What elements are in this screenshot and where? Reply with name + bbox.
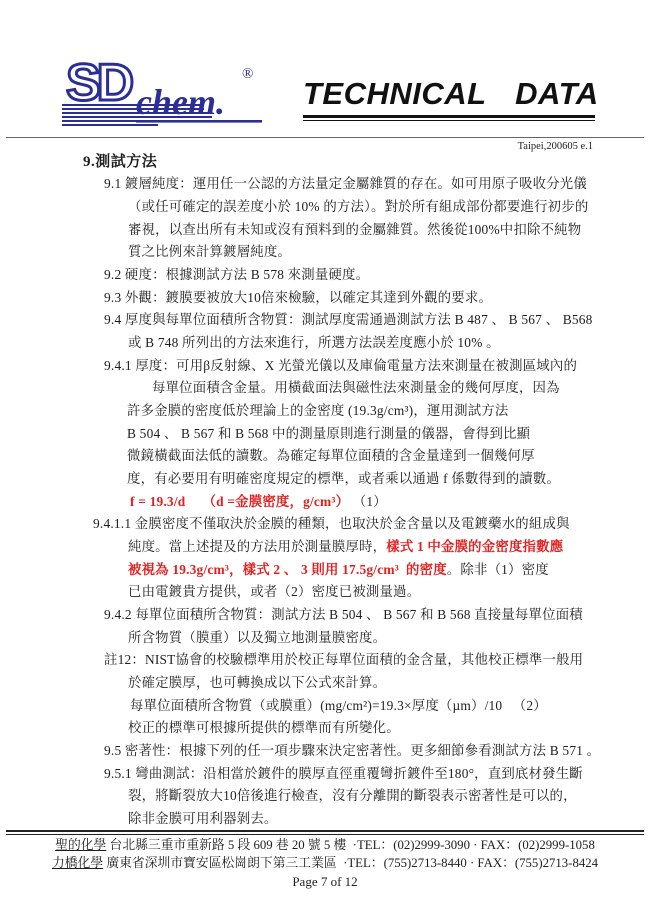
doc-text-segment: 微鏡橫截面法低的讀數。為確定每單位面積的含金量達到一個幾何厚 bbox=[127, 445, 535, 464]
doc-line: 度，有必要用有明確密度規定的標準，或者乘以通過 f 係數得到的讀數。 bbox=[0, 466, 650, 489]
doc-text-segment: 被視為 19.3g/cm³，樣式 2 、 3 則用 17.5g/cm³ 的密度 bbox=[128, 559, 447, 578]
footer-text-segment: 台北縣三重市重新路 5 段 609 巷 20 號 5 樓 ·TEL：(02)29… bbox=[106, 838, 595, 852]
doc-line: 被視為 19.3g/cm³，樣式 2 、 3 則用 17.5g/cm³ 的密度。… bbox=[0, 557, 650, 580]
header-rule bbox=[6, 137, 644, 138]
technical-data-title-block: TECHNICAL DATA bbox=[303, 76, 595, 121]
doc-text-segment: B 504 、 B 567 和 B 568 中的測量原則進行測量的儀器，會得到比… bbox=[127, 423, 530, 442]
doc-text-segment: 審視，以查出所有未知或沒有預料到的金屬雜質。然後從100%中扣除不純物 bbox=[128, 219, 581, 238]
page-title: TECHNICAL DATA bbox=[303, 76, 595, 112]
doc-text-segment: 9.4.2 每單位面積所含物質：測試方法 B 504 、 B 567 和 B 5… bbox=[104, 604, 583, 623]
doc-line: 除非金膜可用利器剝去。 bbox=[0, 806, 650, 829]
title-double-underline bbox=[303, 115, 595, 121]
doc-text-segment: 9.1 鍍層純度：運用任一公認的方法量定金屬雜質的存在。如可用原子吸收分光儀 bbox=[104, 173, 587, 192]
doc-text-segment: 9.5.1 彎曲測試：沿相當於鍍件的膜厚直徑重覆彎折鍍件至180°，直到底材發生… bbox=[104, 763, 583, 782]
doc-line: 裂，將斷裂放大10倍後進行檢查，沒有分離開的斷裂表示密著性是可以的， bbox=[0, 783, 650, 806]
doc-text-segment: 除非金膜可用利器剝去。 bbox=[128, 808, 278, 827]
footer-text-segment: 廣東省深圳市寶安區松崗朗下第三工業區 ·TEL：(755)2713-8440 ·… bbox=[103, 856, 598, 870]
doc-text-segment: 9.4 厚度與每單位面積所含物質：測試厚度需通過測試方法 B 487 、 B 5… bbox=[104, 309, 593, 328]
doc-line: 註12：NIST協會的校驗標準用於校正每單位面積的金含量，其他校正標準一般用 bbox=[0, 647, 650, 670]
doc-line: 每單位面積所含物質（或膜重）(mg/cm²)=19.3×厚度（µm）/10 （2… bbox=[0, 693, 650, 716]
doc-line: B 504 、 B 567 和 B 568 中的測量原則進行測量的儀器，會得到比… bbox=[0, 421, 650, 444]
doc-line: 於確定膜厚，也可轉換成以下公式來計算。 bbox=[0, 670, 650, 693]
doc-text-segment: 。除非（1）密度 bbox=[447, 559, 549, 578]
doc-line: 或 B 748 所列出的方法來進行，所選方法誤差度應小於 10% 。 bbox=[0, 330, 650, 353]
doc-line: （或任可確定的誤差度小於 10% 的方法）。對於所有組成部份都要進行初步的 bbox=[0, 194, 650, 217]
registered-trademark-icon: ® bbox=[242, 66, 253, 82]
doc-text-segment: 9.測試方法 bbox=[83, 150, 157, 171]
doc-line: 9.5.1 彎曲測試：沿相當於鍍件的膜厚直徑重覆彎折鍍件至180°，直到底材發生… bbox=[0, 761, 650, 784]
doc-line: 9.測試方法 bbox=[0, 149, 650, 172]
doc-text-segment: 9.5 密著性：根據下列的任一項步驟來決定密著性。更多細節參看測試方法 B 57… bbox=[104, 740, 600, 759]
doc-line: 9.2 硬度：根據測試方法 B 578 來測量硬度。 bbox=[0, 262, 650, 285]
doc-line: 質之比例來計算鍍層純度。 bbox=[0, 240, 650, 263]
doc-line: 純度。當上述提及的方法用於測量膜厚時，樣式 1 中金膜的金密度指數應 bbox=[0, 534, 650, 557]
footer: 聖的化學 台北縣三重市重新路 5 段 609 巷 20 號 5 樓 ·TEL：(… bbox=[0, 836, 650, 891]
doc-text-segment: 樣式 1 中金膜的金密度指數應 bbox=[386, 536, 563, 555]
doc-line: 9.4.2 每單位面積所含物質：測試方法 B 504 、 B 567 和 B 5… bbox=[0, 602, 650, 625]
doc-text-segment: 純度。當上述提及的方法用於測量膜厚時， bbox=[128, 536, 386, 555]
doc-line: 許多金膜的密度低於理論上的金密度 (19.3g/cm³)，運用測試方法 bbox=[0, 398, 650, 421]
doc-line: 每單位面積含金量。用橫截面法與磁性法來測量金的幾何厚度，因為 bbox=[0, 376, 650, 399]
doc-text-segment: 或 B 748 所列出的方法來進行，所選方法誤差度應小於 10% 。 bbox=[128, 332, 500, 351]
doc-text-segment: 所含物質（膜重）以及獨立地測量膜密度。 bbox=[128, 627, 386, 646]
doc-text-segment: 每單位面積含金量。用橫截面法與磁性法來測量金的幾何厚度，因為 bbox=[152, 377, 560, 396]
doc-text-segment: 每單位面積所含物質（或膜重）(mg/cm²)=19.3×厚度（µm）/10 （2… bbox=[130, 695, 547, 714]
doc-line: 9.4 厚度與每單位面積所含物質：測試厚度需通過測試方法 B 487 、 B 5… bbox=[0, 308, 650, 331]
footer-text-segment: 聖的化學 bbox=[55, 838, 106, 852]
doc-text-segment: 9.4.1.1 金膜密度不僅取決於金膜的種類，也取決於金含量以及電鍍藥水的組成與 bbox=[93, 513, 570, 532]
doc-text-segment: （1） bbox=[349, 491, 387, 510]
sdchem-logo-graphic: SD chem. ® bbox=[60, 50, 275, 132]
footer-double-rule bbox=[6, 830, 644, 835]
doc-text-segment: 質之比例來計算鍍層純度。 bbox=[128, 241, 291, 260]
document-body: 9.測試方法9.1 鍍層純度：運用任一公認的方法量定金屬雜質的存在。如可用原子吸… bbox=[0, 149, 650, 829]
logo-chem-text: chem. bbox=[136, 82, 225, 122]
doc-text-segment: 9.2 硬度：根據測試方法 B 578 來測量硬度。 bbox=[104, 264, 369, 283]
doc-line: 9.1 鍍層純度：運用任一公認的方法量定金屬雜質的存在。如可用原子吸收分光儀 bbox=[0, 172, 650, 195]
doc-text-segment: 已由電鍍貴方提供，或者（2）密度已被測量過。 bbox=[128, 581, 420, 600]
logo-underline bbox=[136, 120, 262, 123]
footer-address-lines: 聖的化學 台北縣三重市重新路 5 段 609 巷 20 號 5 樓 ·TEL：(… bbox=[0, 836, 650, 872]
doc-text-segment: f = 19.3/d （d =金膜密度，g/cm³） bbox=[130, 491, 349, 510]
doc-text-segment: 於確定膜厚，也可轉換成以下公式來計算。 bbox=[128, 672, 386, 691]
doc-text-segment: 裂，將斷裂放大10倍後進行檢查，沒有分離開的斷裂表示密著性是可以的， bbox=[128, 785, 577, 804]
doc-line: 已由電鍍貴方提供，或者（2）密度已被測量過。 bbox=[0, 579, 650, 602]
doc-text-segment: 註12：NIST協會的校驗標準用於校正每單位面積的金含量，其他校正標準一般用 bbox=[104, 649, 583, 668]
document-page: SD chem. ® TECHNICAL DATA Taipei,200605 … bbox=[0, 0, 650, 918]
sdchem-logo: SD chem. ® bbox=[60, 50, 275, 132]
doc-text-segment: 9.3 外觀：鍍膜要被放大10倍來檢驗，以確定其達到外觀的要求。 bbox=[104, 287, 492, 306]
footer-line: 聖的化學 台北縣三重市重新路 5 段 609 巷 20 號 5 樓 ·TEL：(… bbox=[0, 836, 650, 854]
page-number: Page 7 of 12 bbox=[0, 872, 650, 891]
doc-line: 微鏡橫截面法低的讀數。為確定每單位面積的含金量達到一個幾何厚 bbox=[0, 444, 650, 467]
doc-line: f = 19.3/d （d =金膜密度，g/cm³） （1） bbox=[0, 489, 650, 512]
footer-line: 力橋化學 廣東省深圳市寶安區松崗朗下第三工業區 ·TEL：(755)2713-8… bbox=[0, 854, 650, 872]
doc-text-segment: 校正的標準可根據所提供的標準而有所變化。 bbox=[128, 717, 400, 736]
doc-text-segment: 許多金膜的密度低於理論上的金密度 (19.3g/cm³)，運用測試方法 bbox=[127, 400, 508, 419]
doc-line: 所含物質（膜重）以及獨立地測量膜密度。 bbox=[0, 625, 650, 648]
doc-line: 審視，以查出所有未知或沒有預料到的金屬雜質。然後從100%中扣除不純物 bbox=[0, 217, 650, 240]
doc-text-segment: 9.4.1 厚度：可用β反射線、X 光螢光儀以及庫倫電量方法來測量在被測區域內的 bbox=[104, 355, 577, 374]
doc-line: 9.5 密著性：根據下列的任一項步驟來決定密著性。更多細節參看測試方法 B 57… bbox=[0, 738, 650, 761]
footer-text-segment: 力橋化學 bbox=[52, 856, 103, 870]
doc-text-segment: 度，有必要用有明確密度規定的標準，或者乘以通過 f 係數得到的讀數。 bbox=[127, 468, 560, 487]
doc-line: 校正的標準可根據所提供的標準而有所變化。 bbox=[0, 715, 650, 738]
logo-sd-text: SD bbox=[66, 54, 133, 112]
doc-line: 9.4.1 厚度：可用β反射線、X 光螢光儀以及庫倫電量方法來測量在被測區域內的 bbox=[0, 353, 650, 376]
doc-text-segment: （或任可確定的誤差度小於 10% 的方法）。對於所有組成部份都要進行初步的 bbox=[128, 196, 588, 215]
doc-line: 9.3 外觀：鍍膜要被放大10倍來檢驗，以確定其達到外觀的要求。 bbox=[0, 285, 650, 308]
doc-line: 9.4.1.1 金膜密度不僅取決於金膜的種類，也取決於金含量以及電鍍藥水的組成與 bbox=[0, 512, 650, 535]
